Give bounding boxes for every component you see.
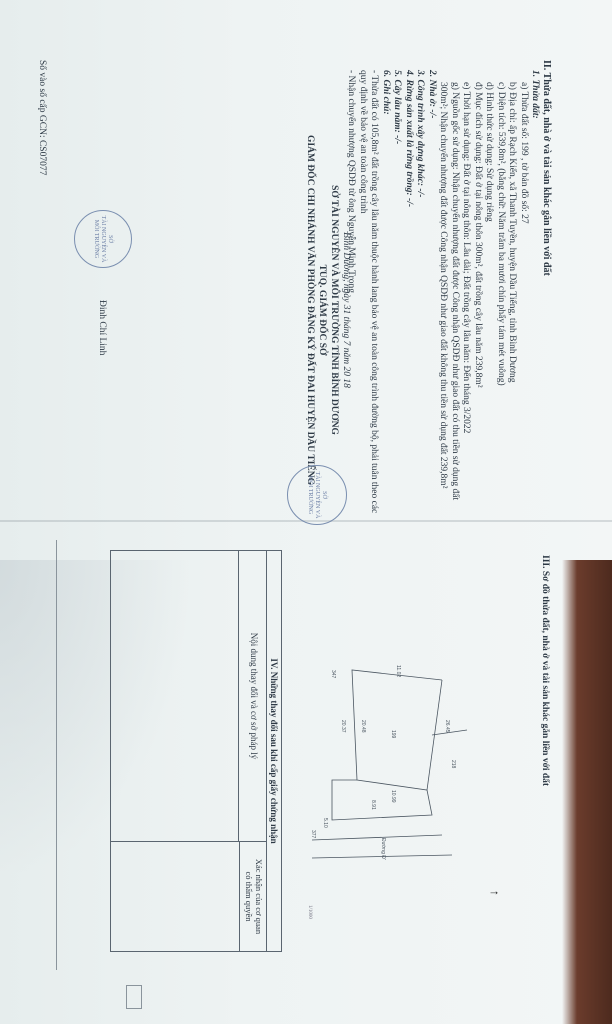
- column-header: Nội dung thay đổi và cơ sở pháp lý: [238, 551, 267, 842]
- section-iv-title: IV. Những thay đổi sau khi cấp giấy chứn…: [266, 551, 281, 951]
- on-behalf: TUQ. GIÁM ĐỐC SỞ: [316, 110, 328, 510]
- agency: SỞ TÀI NGUYÊN VÀ MÔI TRƯỜNG TỈNH BÌNH DƯ…: [328, 110, 340, 510]
- scale-label: 1/1000: [307, 905, 312, 919]
- table-surface: [562, 560, 612, 1024]
- svg-text:347: 347: [330, 670, 336, 679]
- svg-text:20.37: 20.37: [340, 720, 346, 733]
- svg-text:377: 377: [310, 830, 316, 839]
- land-item: d) Hình thức sử dụng: Sử dụng riêng: [483, 60, 495, 520]
- sub-heading: 2. Nhà ở: -/-: [426, 60, 438, 520]
- signature-block: Bình Dương, ngày 31 tháng 7 năm 20 18 SỞ…: [304, 110, 352, 510]
- document-page: II. Thửa đất, nhà ở và tài sản khác gắn …: [0, 0, 612, 1024]
- section-ii: II. Thửa đất, nhà ở và tài sản khác gắn …: [345, 60, 552, 520]
- svg-text:10.99: 10.99: [390, 790, 396, 803]
- land-heading: 1. Thửa đất:: [529, 60, 541, 520]
- date-line: Bình Dương, ngày 31 tháng 7 năm 20 18: [340, 110, 352, 510]
- registry-number: Số vào sổ cấp GCN: CS07077: [37, 60, 47, 175]
- svg-text:20.48: 20.48: [360, 720, 366, 733]
- svg-text:5.10: 5.10: [322, 818, 328, 828]
- signer-name: Đinh Chí Linh: [97, 300, 107, 355]
- column-divider: [111, 841, 239, 842]
- corner-mark: [126, 985, 142, 1009]
- svg-text:8.91: 8.91: [370, 800, 376, 810]
- sub-heading: 3. Công trình xây dựng khác: -/-: [414, 60, 426, 520]
- sub-heading: 6. Ghi chú:: [380, 60, 392, 520]
- sub-heading: 4. Rừng sản xuất là rừng trồng: -/-: [403, 60, 415, 520]
- svg-text:218: 218: [450, 760, 456, 769]
- north-arrow-icon: ↑: [487, 890, 502, 896]
- note: - Thửa đất có 105,8m² đất trồng cây lâu …: [357, 60, 380, 520]
- land-item: đ) Mục đích sử dụng: Đất ở tại nông thôn…: [472, 60, 484, 520]
- position: GIÁM ĐỐC CHI NHÁNH VĂN PHÒNG ĐĂNG KÝ ĐẤT…: [304, 110, 316, 510]
- land-item: c) Diện tích: 539,8m², (bằng chữ: Năm tr…: [495, 60, 507, 520]
- official-seal-icon: SỞ TÀI NGUYÊN VÀ MÔI TRƯỜNG: [287, 465, 347, 525]
- svg-text:Đường ĐT 744 (HLAT): Đường ĐT 744 (HLAT): [380, 838, 386, 860]
- parcel-diagram: 26.45 20.48 20.37 10.99 5.10 11.02 8.91 …: [302, 640, 482, 860]
- column-header: Xác nhận của cơ quan có thẩm quyền: [239, 842, 267, 951]
- section-iii-title: III. Sơ đồ thửa đất, nhà ở và tài sản kh…: [540, 555, 550, 786]
- land-item: e) Thời hạn sử dụng: Đất ở tại nông thôn…: [460, 60, 472, 520]
- land-item: g) Nguồn gốc sử dụng: Nhận chuyển nhượng…: [437, 60, 460, 520]
- svg-text:11.02: 11.02: [395, 665, 401, 677]
- section-ii-title: II. Thửa đất, nhà ở và tài sản khác gắn …: [541, 60, 553, 520]
- land-item: b) Địa chỉ: ấp Rạch Kiến, xã Thanh Tuyền…: [506, 60, 518, 520]
- svg-text:199: 199: [390, 730, 396, 739]
- land-item: a) Thửa đất số: 199 , tờ bản đồ số: 27: [518, 60, 530, 520]
- sub-heading: 5. Cây lâu năm: -/-: [391, 60, 403, 520]
- official-seal-icon: SỞ TÀI NGUYÊN VÀ MÔI TRƯỜNG: [74, 210, 132, 268]
- svg-text:26.45: 26.45: [444, 720, 450, 733]
- changes-table: IV. Những thay đổi sau khi cấp giấy chứn…: [110, 550, 282, 952]
- divider: [56, 540, 57, 970]
